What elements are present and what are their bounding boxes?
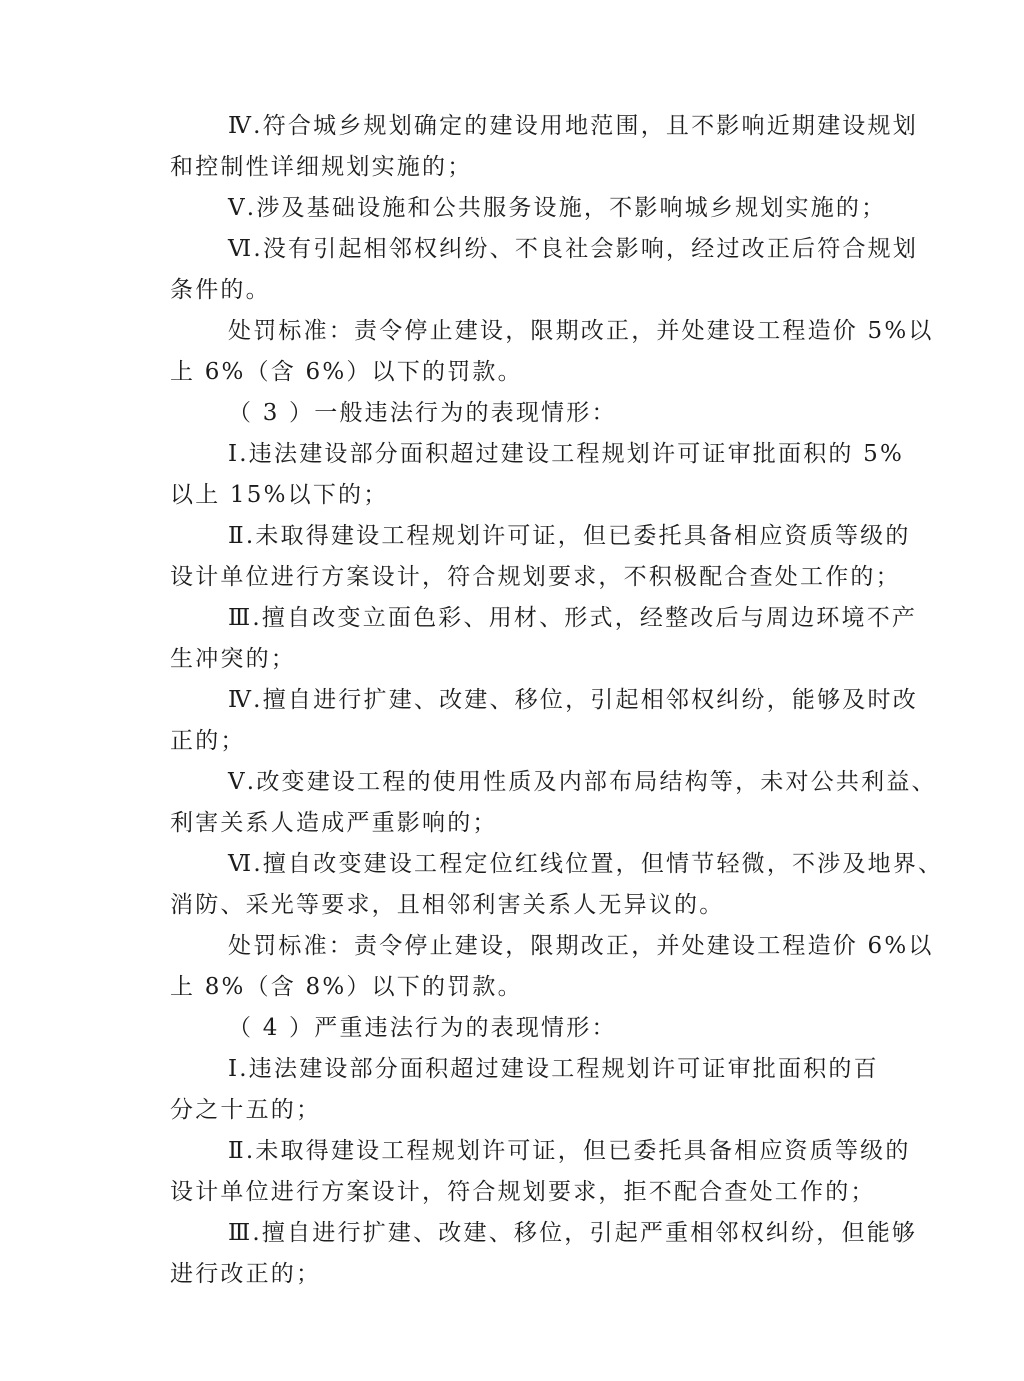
document-page: Ⅳ.符合城乡规划确定的建设用地范围，且不影响近期建设规划 和控制性详细规划实施的… — [170, 106, 890, 1295]
text-line: Ⅱ.未取得建设工程规划许可证，但已委托具备相应资质等级的 — [170, 516, 890, 557]
text-line: 正的； — [170, 721, 890, 762]
text-line: 进行改正的； — [170, 1254, 890, 1295]
text-line: 上 8%（含 8%）以下的罚款。 — [170, 967, 890, 1008]
text-line: 消防、采光等要求，且相邻利害关系人无异议的。 — [170, 885, 890, 926]
text-line: Ⅳ.符合城乡规划确定的建设用地范围，且不影响近期建设规划 — [170, 106, 890, 147]
text-line: Ⅲ.擅自改变立面色彩、用材、形式，经整改后与周边环境不产 — [170, 598, 890, 639]
text-line: 以上 15%以下的； — [170, 475, 890, 516]
text-line: 利害关系人造成严重影响的； — [170, 803, 890, 844]
text-line: 条件的。 — [170, 270, 890, 311]
text-line: Ⅵ.擅自改变建设工程定位红线位置，但情节轻微，不涉及地界、 — [170, 844, 890, 885]
text-line: Ⅴ.涉及基础设施和公共服务设施，不影响城乡规划实施的； — [170, 188, 890, 229]
section-heading-4: （ 4 ）严重违法行为的表现情形： — [170, 1008, 890, 1049]
text-line: 设计单位进行方案设计，符合规划要求，不积极配合查处工作的； — [170, 557, 890, 598]
text-line: Ⅲ.擅自进行扩建、改建、移位，引起严重相邻权纠纷，但能够 — [170, 1213, 890, 1254]
text-line: Ⅳ.擅自进行扩建、改建、移位，引起相邻权纠纷，能够及时改 — [170, 680, 890, 721]
penalty-standard-line: 处罚标准：责令停止建设，限期改正，并处建设工程造价 6%以 — [170, 926, 890, 967]
penalty-standard-line: 处罚标准：责令停止建设，限期改正，并处建设工程造价 5%以 — [170, 311, 890, 352]
text-line: 分之十五的； — [170, 1090, 890, 1131]
text-line: Ⅱ.未取得建设工程规划许可证，但已委托具备相应资质等级的 — [170, 1131, 890, 1172]
text-line: Ⅵ.没有引起相邻权纠纷、不良社会影响，经过改正后符合规划 — [170, 229, 890, 270]
text-line: Ⅴ.改变建设工程的使用性质及内部布局结构等，未对公共利益、 — [170, 762, 890, 803]
section-heading-3: （ 3 ）一般违法行为的表现情形： — [170, 393, 890, 434]
text-line: 生冲突的； — [170, 639, 890, 680]
text-line: 设计单位进行方案设计，符合规划要求，拒不配合查处工作的； — [170, 1172, 890, 1213]
text-line: 上 6%（含 6%）以下的罚款。 — [170, 352, 890, 393]
text-line: Ⅰ.违法建设部分面积超过建设工程规划许可证审批面积的 5% — [170, 434, 890, 475]
text-line: Ⅰ.违法建设部分面积超过建设工程规划许可证审批面积的百 — [170, 1049, 890, 1090]
text-line: 和控制性详细规划实施的； — [170, 147, 890, 188]
